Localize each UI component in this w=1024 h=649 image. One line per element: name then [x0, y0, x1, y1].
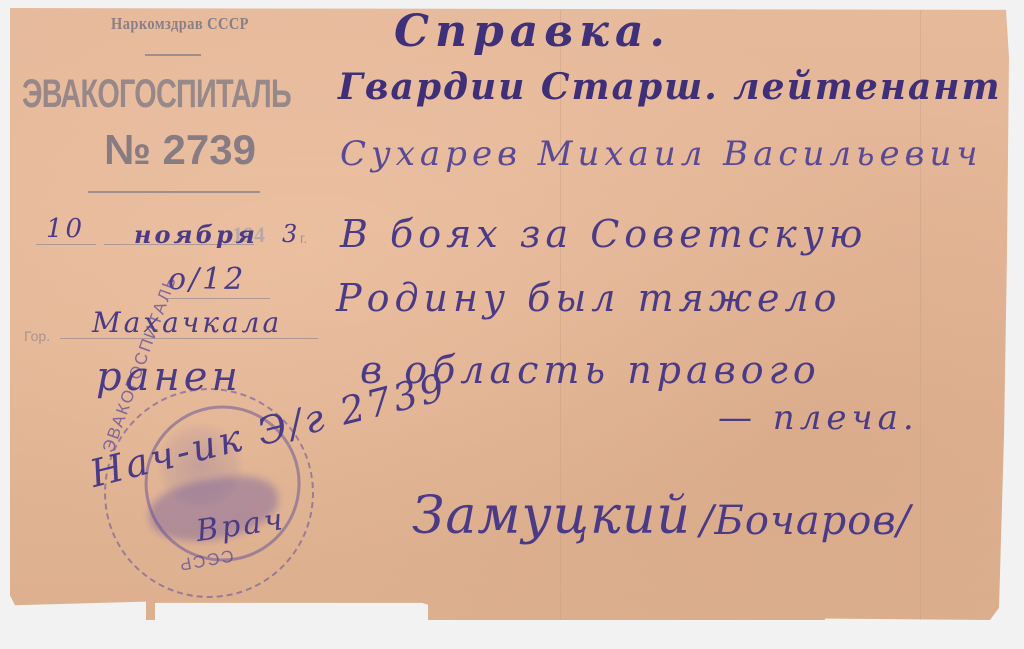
- date-year-digit: 3: [282, 220, 300, 248]
- ministry-header: Наркомздрав СССР: [95, 14, 265, 34]
- number-underline: [88, 191, 260, 193]
- city-label: Гор.: [24, 328, 50, 344]
- year-suffix: г.: [300, 230, 307, 246]
- day-field-line: [36, 244, 96, 245]
- signature-doctor: /Бочаров/: [700, 498, 911, 544]
- city-name: Махачкала: [92, 306, 282, 339]
- body-line-3: В боях за Советскую: [340, 212, 867, 256]
- date-month: ноября: [134, 220, 258, 249]
- body-line-5-left: ранен: [96, 354, 242, 400]
- name-line: Сухарев Михаил Васильевич: [340, 134, 983, 174]
- scan-background: Наркомздрав СССР ЭВАКОГОСПИТАЛЬ № 2739 1…: [0, 0, 1024, 649]
- unit-field-line: [166, 298, 270, 299]
- hospital-number: № 2739: [80, 126, 280, 174]
- signature-head: Замуцкий: [412, 486, 691, 546]
- header-divider: [145, 54, 201, 56]
- certificate-title: Справка.: [394, 6, 671, 57]
- body-line-4: Родину был тяжело: [336, 276, 842, 320]
- body-line-6: — плеча.: [718, 398, 919, 438]
- hospital-name: ЭВАКОГОСПИТАЛЬ: [22, 72, 324, 117]
- date-day: 10: [46, 214, 85, 244]
- rank-line: Гвардии Старш. лейтенант: [338, 66, 1002, 108]
